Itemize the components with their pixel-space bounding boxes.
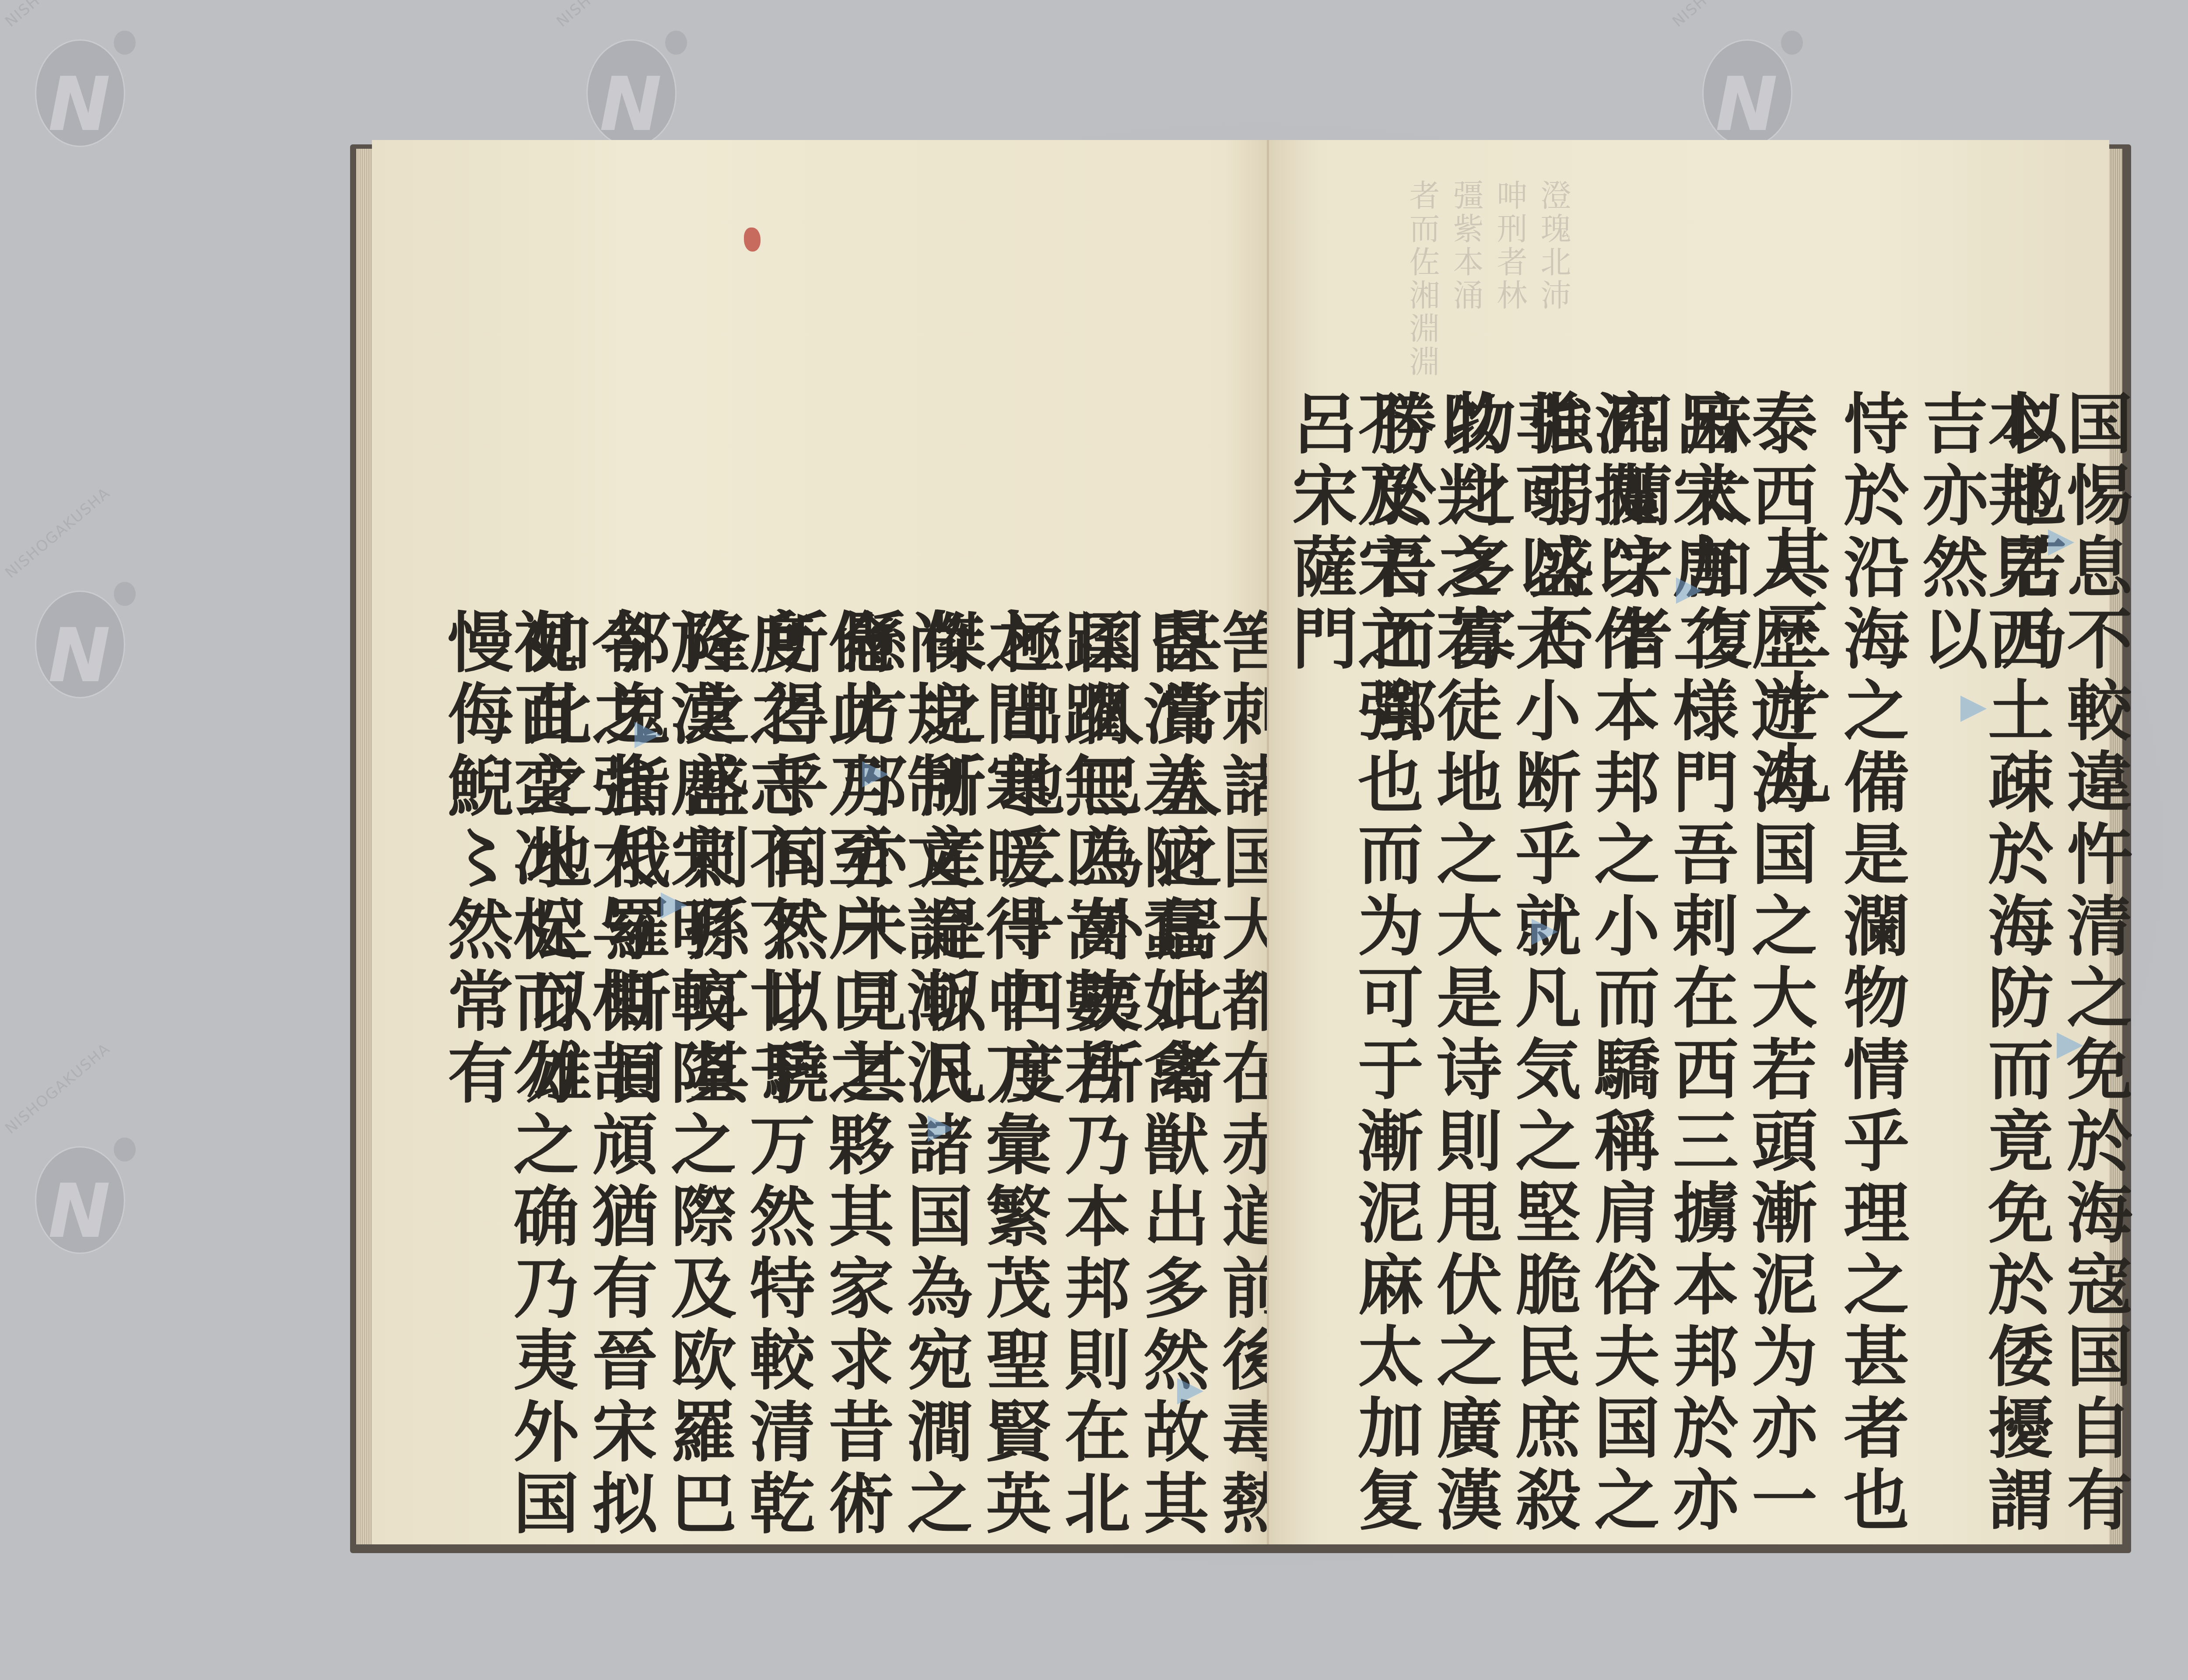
open-book: 筈刺諸国大都在赤道前後毒熱甚常人之居此者 昏潰羞陋蠢如禽獣出多然故其国久已為外夷… bbox=[350, 140, 2127, 1549]
watermark-logo: NNISHOGAKUSHA bbox=[18, 564, 131, 696]
watermark-logo: NNISHOGAKUSHA bbox=[569, 13, 683, 144]
bleed-through-text: 者而佐湘淵淵 bbox=[1400, 179, 1445, 379]
text-column: 本邦見西土疎於海防而竟免於倭擾謂吉亦然以 bbox=[1917, 389, 2048, 1544]
bleed-through-text: 彊紫本涌 bbox=[1444, 179, 1488, 312]
watermark-logo: NNISHOGAKUSHA bbox=[1685, 13, 1799, 144]
bleed-through-text: 呻刑者林 bbox=[1488, 179, 1532, 312]
left-page: 筈刺諸国大都在赤道前後毒熱甚常人之居此者 昏潰羞陋蠢如禽獣出多然故其国久已為外夷… bbox=[372, 140, 1269, 1544]
red-ink-mark bbox=[744, 227, 761, 252]
text-column: 不及宋之強也而为可于漸泥麻太加复呂宋薩門 bbox=[1287, 389, 1418, 1544]
watermark-logo: NNISHOGAKUSHA bbox=[18, 1120, 131, 1251]
bleed-through-text: 澄瑰北沛 bbox=[1532, 179, 1576, 312]
text-column: 視百蛮冰松而勿之确乃夷外国慢侮鯢〻然常有 bbox=[442, 608, 573, 1544]
text-column: 恃於沿海之備是瀾物情乎理之甚者也 bbox=[1838, 389, 1904, 1537]
right-page: 者而佐湘淵淵 彊紫本涌 呻刑者林 澄瑰北沛 国惕息不較違忤清之免於海寇国自有以也… bbox=[1269, 140, 2109, 1544]
page-edges-left bbox=[356, 149, 374, 1544]
watermark-logo: NNISHOGAKUSHA bbox=[18, 13, 131, 144]
